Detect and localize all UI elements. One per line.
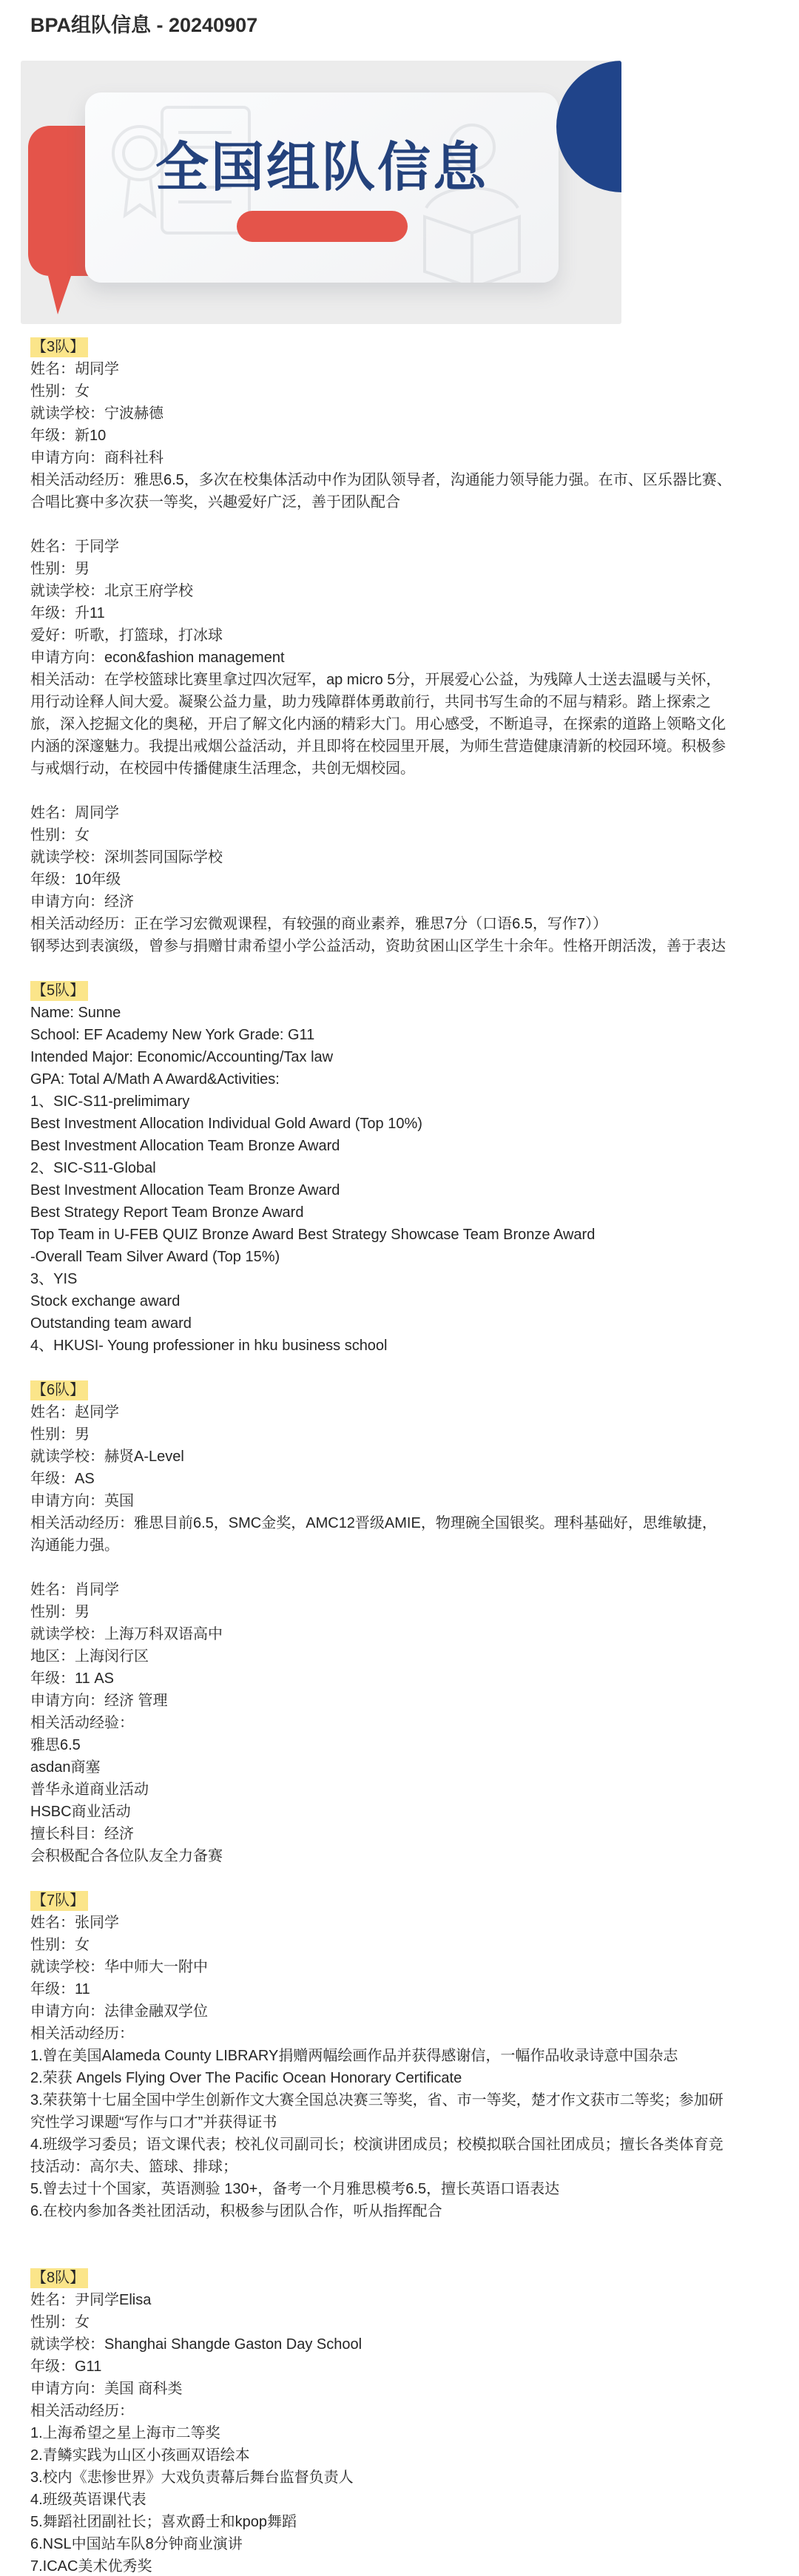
blank-line: [30, 513, 774, 536]
text-line: 申请方向：经济 管理: [30, 1690, 774, 1712]
text-line: 旅，深入挖掘文化的奥秘，开启了解文化内涵的精彩大门。用心感受，不断追寻，在探索的…: [30, 713, 774, 735]
team-header-highlight: 【8队】: [30, 2268, 88, 2288]
text-line: 雅思6.5: [30, 1734, 774, 1756]
text-line: School: EF Academy New York Grade: G11: [30, 1024, 774, 1046]
blank-line: [30, 957, 774, 980]
team-header-highlight: 【7队】: [30, 1891, 88, 1911]
text-line: Best Investment Allocation Team Bronze A…: [30, 1179, 774, 1201]
text-line: 申请方向：经济: [30, 891, 774, 913]
text-line: 1、SIC-S11-prelimimary: [30, 1090, 774, 1113]
text-line: 4、HKUSI- Young professioner in hku busin…: [30, 1335, 774, 1357]
blank-line: [30, 1357, 774, 1379]
text-line: 姓名：周同学: [30, 802, 774, 824]
text-line: 1.曾在美国Alameda County LIBRARY捐赠两幅绘画作品并获得感…: [30, 2045, 774, 2067]
text-line: 3、YIS: [30, 1268, 774, 1290]
team-header-line: 【6队】: [30, 1379, 774, 1401]
text-line: 3.荣获第十七届全国中学生创新作文大赛全国总决赛三等奖，省、市一等奖，楚才作文获…: [30, 2089, 774, 2111]
page-title: BPA组队信息 - 20240907: [30, 10, 799, 40]
text-line: 性别：女: [30, 2311, 774, 2333]
text-line: 年级：AS: [30, 1468, 774, 1490]
text-line: 相关活动经历：雅思目前6.5，SMC金奖，AMC12晋级AMIE，物理碗全国银奖…: [30, 1512, 774, 1534]
text-line: 性别：男: [30, 1601, 774, 1623]
text-line: 4.班级学习委员；语文课代表；校礼仪司副司长；校演讲团成员；校模拟联合国社团成员…: [30, 2134, 774, 2156]
text-line: 性别：女: [30, 1934, 774, 1956]
banner-image: 全国组队信息: [21, 61, 621, 324]
text-line: 申请方向：英国: [30, 1490, 774, 1512]
team-info-text: 【3队】姓名：胡同学性别：女就读学校：宁波赫德年级：新10申请方向：商科社科相关…: [30, 336, 774, 2576]
text-line: 年级：新10: [30, 425, 774, 447]
team-header-highlight: 【3队】: [30, 337, 88, 357]
text-line: 普华永道商业活动: [30, 1778, 774, 1801]
text-line: Top Team in U-FEB QUIZ Bronze Award Best…: [30, 1224, 774, 1246]
banner-card: 全国组队信息: [85, 92, 559, 283]
blank-line: [30, 2222, 774, 2245]
team-header-line: 【8队】: [30, 2267, 774, 2289]
text-line: 2.荣获 Angels Flying Over The Pacific Ocea…: [30, 2067, 774, 2089]
text-line: GPA: Total A/Math A Award&Activities:: [30, 1068, 774, 1090]
speech-bubble-icon: [28, 126, 89, 314]
text-line: 相关活动经历：: [30, 2023, 774, 2045]
text-line: 姓名：张同学: [30, 1912, 774, 1934]
blank-line: [30, 780, 774, 802]
text-line: 就读学校：Shanghai Shangde Gaston Day School: [30, 2333, 774, 2356]
banner-underline-bar: [237, 211, 408, 242]
team-header-line: 【7队】: [30, 1889, 774, 1912]
text-line: 年级：G11: [30, 2356, 774, 2378]
text-line: 2.青鳞实践为山区小孩画双语绘本: [30, 2444, 774, 2467]
text-line: 钢琴达到表演级，曾参与捐赠甘肃希望小学公益活动，资助贫困山区学生十余年。性格开朗…: [30, 935, 774, 957]
text-line: 会积极配合各位队友全力备赛: [30, 1845, 774, 1867]
text-line: 究性学习课题“写作与口才”并获得证书: [30, 2111, 774, 2134]
text-line: 技活动：高尔夫、篮球、排球；: [30, 2156, 774, 2178]
text-line: -Overall Team Silver Award (Top 15%): [30, 1246, 774, 1268]
text-line: 相关活动经历：: [30, 2400, 774, 2422]
blank-line: [30, 1557, 774, 1579]
text-line: 年级：11 AS: [30, 1668, 774, 1690]
text-line: 相关活动经历：雅思6.5，多次在校集体活动中作为团队领导者，沟通能力领导能力强。…: [30, 469, 774, 491]
blank-line: [30, 2245, 774, 2267]
text-line: 申请方向：美国 商科类: [30, 2378, 774, 2400]
text-line: 姓名：尹同学Elisa: [30, 2289, 774, 2311]
text-line: 姓名：赵同学: [30, 1401, 774, 1423]
text-line: 姓名：肖同学: [30, 1579, 774, 1601]
text-line: 相关活动：在学校篮球比赛里拿过四次冠军，ap micro 5分，开展爱心公益，为…: [30, 669, 774, 691]
text-line: Best Strategy Report Team Bronze Award: [30, 1201, 774, 1224]
text-line: 申请方向：法律金融双学位: [30, 2000, 774, 2023]
team-header-line: 【5队】: [30, 980, 774, 1002]
text-line: 5.曾去过十个国家，英语测验 130+，备考一个月雅思模考6.5，擅长英语口语表…: [30, 2178, 774, 2200]
text-line: 6.NSL中国站车队8分钟商业演讲: [30, 2533, 774, 2555]
text-line: 爱好：听歌，打篮球，打冰球: [30, 624, 774, 647]
text-line: 1.上海希望之星上海市二等奖: [30, 2422, 774, 2444]
text-line: 5.舞蹈社团副社长；喜欢爵士和kpop舞蹈: [30, 2511, 774, 2533]
text-line: 年级：10年级: [30, 869, 774, 891]
text-line: 性别：男: [30, 558, 774, 580]
text-line: 与戒烟行动，在校园中传播健康生活理念，共创无烟校园。: [30, 758, 774, 780]
text-line: 地区：上海闵行区: [30, 1645, 774, 1668]
text-line: 6.在校内参加各类社团活动，积极参与团队合作，听从指挥配合: [30, 2200, 774, 2222]
team-header-line: 【3队】: [30, 336, 774, 358]
text-line: HSBC商业活动: [30, 1801, 774, 1823]
text-line: 4.班级英语课代表: [30, 2489, 774, 2511]
text-line: 申请方向：商科社科: [30, 447, 774, 469]
text-line: 3.校内《悲惨世界》大戏负责幕后舞台监督负责人: [30, 2467, 774, 2489]
text-line: 年级：升11: [30, 602, 774, 624]
text-line: 性别：女: [30, 380, 774, 402]
text-line: 擅长科目：经济: [30, 1823, 774, 1845]
text-line: Name: Sunne: [30, 1002, 774, 1024]
text-line: 7.ICAC美术优秀奖: [30, 2555, 774, 2576]
text-line: 姓名：于同学: [30, 536, 774, 558]
text-line: 性别：女: [30, 824, 774, 846]
circle-decor-shape: [556, 61, 621, 192]
text-line: 就读学校：深圳荟同国际学校: [30, 846, 774, 869]
text-line: Outstanding team award: [30, 1312, 774, 1335]
text-line: 合唱比赛中多次获一等奖，兴趣爱好广泛，善于团队配合: [30, 491, 774, 513]
text-line: 2、SIC-S11-Global: [30, 1157, 774, 1179]
text-line: 内涵的深邃魅力。我提出戒烟公益活动，并且即将在校园里开展，为师生营造健康清新的校…: [30, 735, 774, 758]
text-line: Intended Major: Economic/Accounting/Tax …: [30, 1046, 774, 1068]
text-line: Stock exchange award: [30, 1290, 774, 1312]
text-line: 就读学校：上海万科双语高中: [30, 1623, 774, 1645]
text-line: Best Investment Allocation Individual Go…: [30, 1113, 774, 1135]
document-page: BPA组队信息 - 20240907 全国组队信息: [0, 10, 799, 2576]
team-header-highlight: 【6队】: [30, 1380, 88, 1400]
text-line: 用行动诠释人间大爱。凝聚公益力量，助力残障群体勇敢前行，共同书写生命的不屈与精彩…: [30, 691, 774, 713]
banner-heading: 全国组队信息: [155, 141, 488, 195]
text-line: 相关活动经验：: [30, 1712, 774, 1734]
blank-line: [30, 1867, 774, 1889]
text-line: 申请方向：econ&fashion management: [30, 647, 774, 669]
text-line: 就读学校：华中师大一附中: [30, 1956, 774, 1978]
text-line: 相关活动经历：正在学习宏微观课程，有较强的商业素养，雅思7分（口语6.5，写作7…: [30, 913, 774, 935]
text-line: 就读学校：北京王府学校: [30, 580, 774, 602]
text-line: asdan商塞: [30, 1756, 774, 1778]
text-line: Best Investment Allocation Team Bronze A…: [30, 1135, 774, 1157]
text-line: 性别：男: [30, 1423, 774, 1446]
text-line: 姓名：胡同学: [30, 358, 774, 380]
text-line: 就读学校：宁波赫德: [30, 402, 774, 425]
text-line: 就读学校：赫贤A-Level: [30, 1446, 774, 1468]
team-header-highlight: 【5队】: [30, 981, 88, 1001]
text-line: 沟通能力强。: [30, 1534, 774, 1557]
text-line: 年级：11: [30, 1978, 774, 2000]
